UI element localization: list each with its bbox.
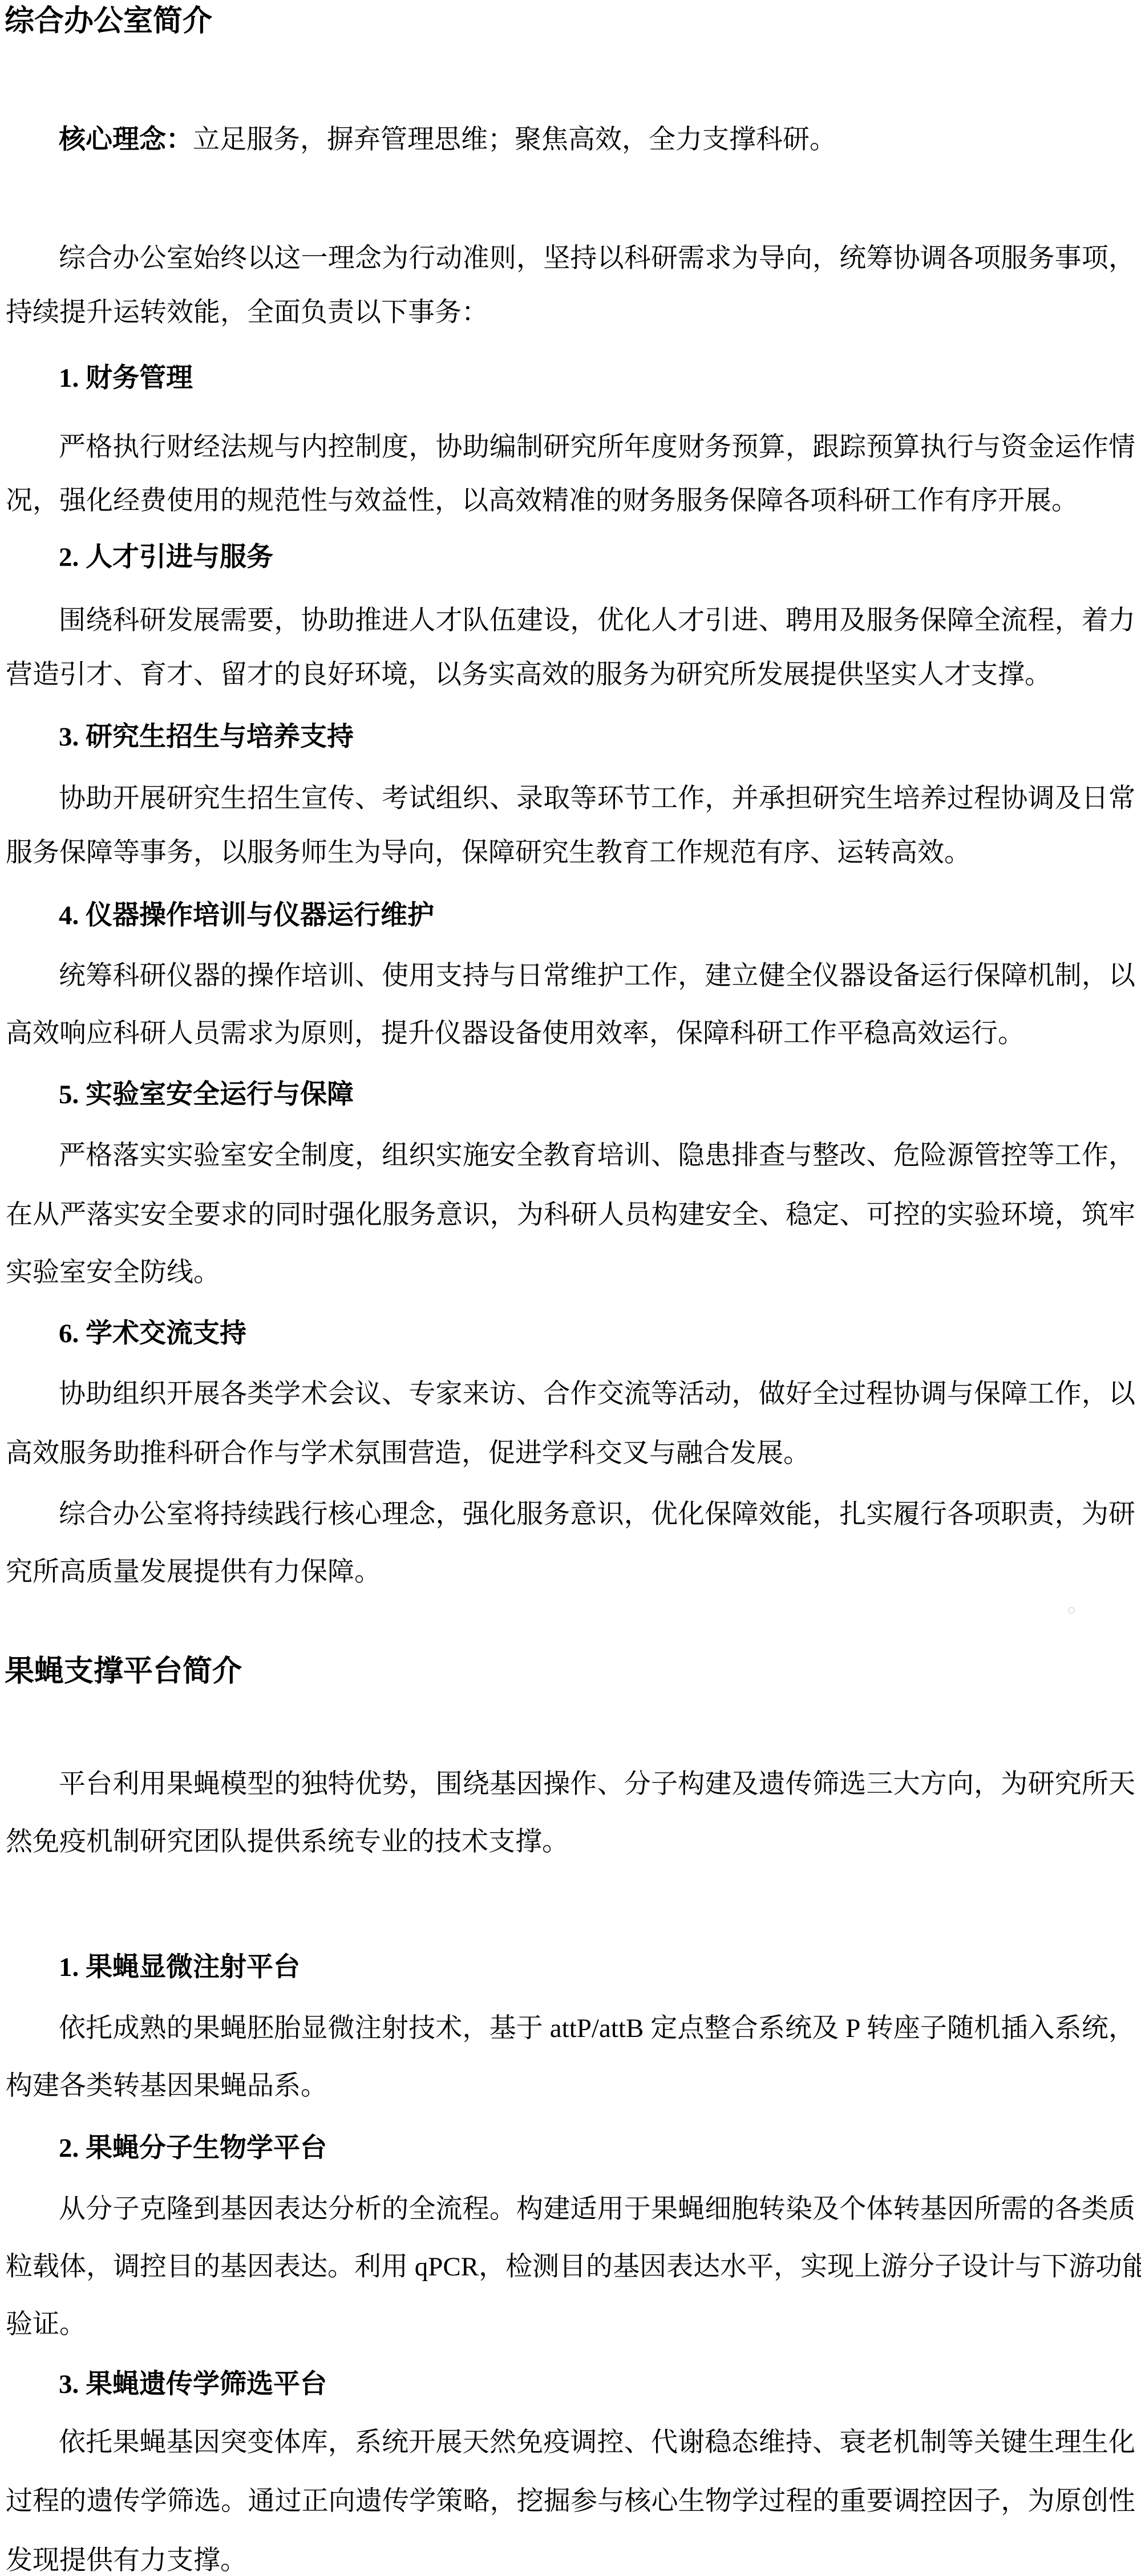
document-page: 综合办公室简介 核心理念：立足服务，摒弃管理思维；聚焦高效，全力支撑科研。 综合… — [0, 0, 1141, 2576]
office-item-heading-instruments: 4. 仪器操作培训与仪器运行维护 — [59, 898, 434, 933]
office-item-heading-lab-safety: 5. 实验室安全运行与保障 — [59, 1078, 354, 1112]
platform-item-line: 从分子克隆到基因表达分析的全流程。构建适用于果蝇细胞转染及个体转基因所需的各类质 — [59, 2192, 1135, 2226]
office-item-line: 高效服务助推科研合作与学术氛围营造，促进学科交叉与融合发展。 — [6, 1436, 1135, 1471]
platform-intro-line: 然免疫机制研究团队提供系统专业的技术支撑。 — [6, 1825, 1135, 1859]
platform-item-line: 构建各类转基因果蝇品系。 — [6, 2069, 1135, 2103]
platform-item-line: 验证。 — [6, 2307, 1135, 2342]
office-item-line: 服务保障等事务，以服务师生为导向，保障研究生教育工作规范有序、运转高效。 — [6, 836, 1135, 870]
platform-item-heading-molecular: 2. 果蝇分子生物学平台 — [59, 2131, 327, 2165]
platform-item-line: 发现提供有力支撑。 — [6, 2543, 1135, 2576]
platform-item-line: 依托成熟的果蝇胚胎显微注射技术，基于 attP/attB 定点整合系统及 P 转… — [59, 2011, 1135, 2046]
office-item-line: 围绕科研发展需要，协助推进人才队伍建设，优化人才引进、聘用及服务保障全流程，着力 — [59, 604, 1135, 638]
office-item-heading-graduate: 3. 研究生招生与培养支持 — [59, 720, 354, 754]
office-item-line: 严格执行财经法规与内控制度，协助编制研究所年度财务预算，跟踪预算执行与资金运作情 — [59, 430, 1135, 464]
office-intro-line: 持续提升运转效能，全面负责以下事务： — [6, 295, 1135, 330]
core-philosophy: 核心理念：立足服务，摒弃管理思维；聚焦高效，全力支撑科研。 — [59, 123, 1135, 157]
office-section-title: 综合办公室简介 — [5, 3, 212, 40]
office-intro-line: 综合办公室始终以这一理念为行动准则，坚持以科研需求为导向，统筹协调各项服务事项， — [59, 241, 1135, 276]
platform-item-line: 粒载体，调控目的基因表达。利用 qPCR，检测目的基因表达水平，实现上游分子设计… — [6, 2250, 1135, 2284]
office-item-line: 严格落实实验室安全制度，组织实施安全教育培训、隐患排查与整改、危险源管控等工作， — [59, 1139, 1135, 1173]
office-closing-line: 综合办公室将持续践行核心理念，强化服务意识，优化保障效能，扎实履行各项职责，为研 — [59, 1497, 1135, 1532]
office-item-line: 实验室安全防线。 — [6, 1255, 1135, 1290]
core-philosophy-text: 立足服务，摒弃管理思维；聚焦高效，全力支撑科研。 — [193, 125, 836, 155]
platform-intro-line: 平台利用果蝇模型的独特优势，围绕基因操作、分子构建及遗传筛选三大方向，为研究所天 — [59, 1767, 1135, 1801]
platform-item-line: 过程的遗传学筛选。通过正向遗传学策略，挖掘参与核心生物学过程的重要调控因子，为原… — [6, 2484, 1135, 2518]
core-philosophy-label: 核心理念： — [59, 125, 193, 155]
office-item-line: 协助组织开展各类学术会议、专家来访、合作交流等活动，做好全过程协调与保障工作，以 — [59, 1377, 1135, 1411]
platform-section-title: 果蝇支撑平台简介 — [5, 1653, 242, 1691]
office-item-line: 协助开展研究生招生宣传、考试组织、录取等环节工作，并承担研究生培养过程协调及日常 — [59, 781, 1135, 816]
platform-item-line: 依托果蝇基因突变体库，系统开展天然免疫调控、代谢稳态维持、衰老机制等关键生理生化 — [59, 2425, 1135, 2460]
platform-item-heading-genetic-screen: 3. 果蝇遗传学筛选平台 — [59, 2367, 327, 2401]
office-item-line: 统筹科研仪器的操作培训、使用支持与日常维护工作，建立健全仪器设备运行保障机制，以 — [59, 959, 1135, 993]
office-item-heading-talent: 2. 人才引进与服务 — [59, 540, 273, 574]
office-item-heading-academic: 6. 学术交流支持 — [59, 1317, 246, 1351]
platform-item-heading-microinjection: 1. 果蝇显微注射平台 — [59, 1950, 300, 1984]
office-item-line: 高效响应科研人员需求为原则，提升仪器设备使用效率，保障科研工作平稳高效运行。 — [6, 1016, 1135, 1051]
office-item-line: 营造引才、育才、留才的良好环境，以务实高效的服务为研究所发展提供坚实人才支撑。 — [6, 658, 1135, 692]
office-item-line: 况，强化经费使用的规范性与效益性，以高效精准的财务服务保障各项科研工作有序开展。 — [6, 484, 1135, 518]
office-closing-line: 究所高质量发展提供有力保障。 — [6, 1555, 1135, 1589]
decorative-ring-icon — [1068, 1607, 1075, 1614]
office-item-heading-finance: 1. 财务管理 — [59, 361, 193, 395]
office-item-line: 在从严落实安全要求的同时强化服务意识，为科研人员构建安全、稳定、可控的实验环境，… — [6, 1198, 1135, 1232]
